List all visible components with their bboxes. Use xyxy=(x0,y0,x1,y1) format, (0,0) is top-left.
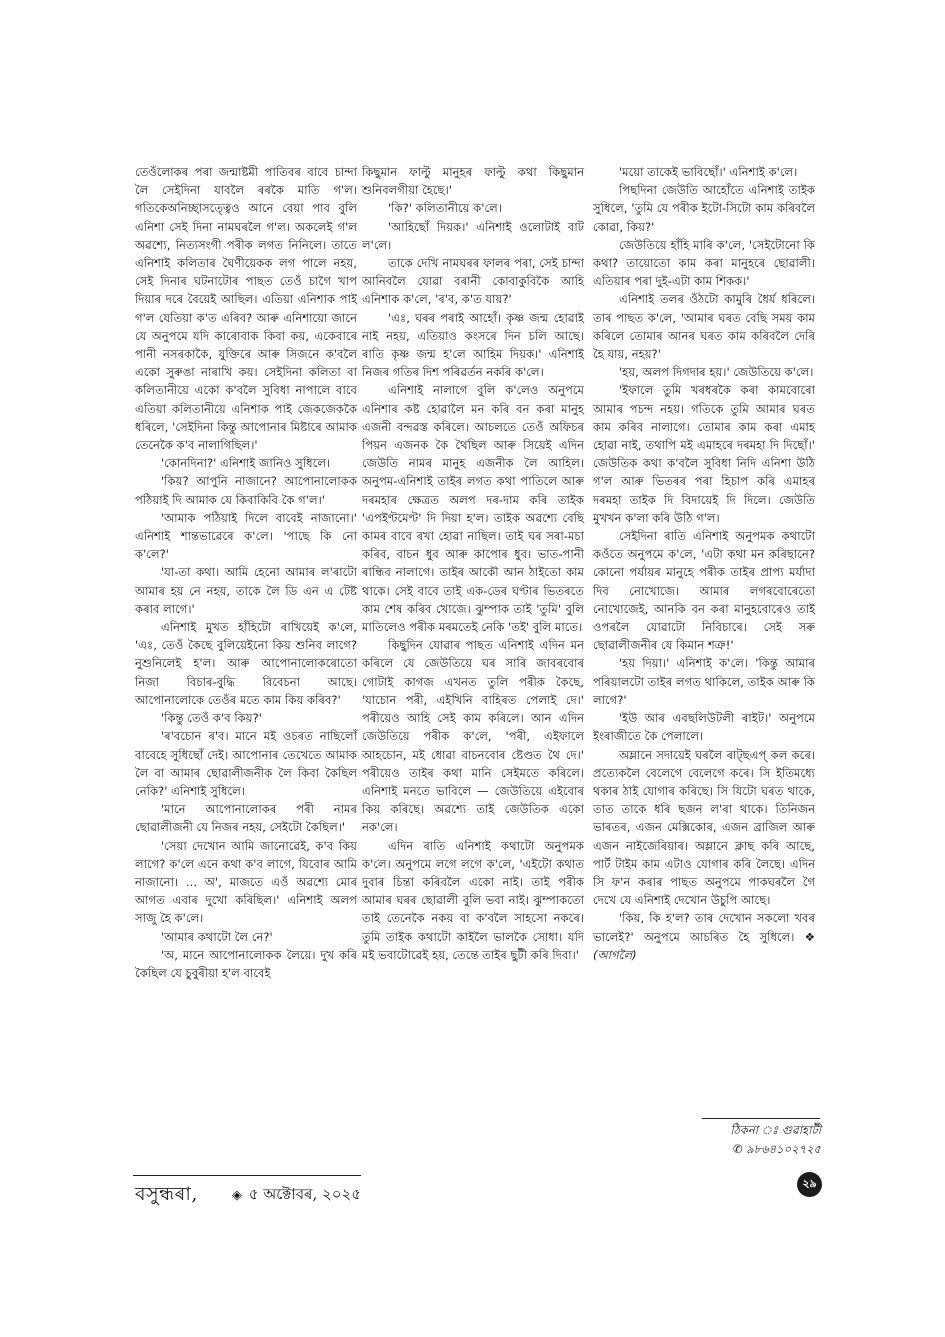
end-ornament-icon: ❖ xyxy=(805,930,815,944)
paragraph: এনিশাই নালাগে বুলি ক'লেও অনুপমে এনিশাৰ ক… xyxy=(362,381,584,636)
paragraph-text: 'কিয়, কি হ'ল? তাৰ দেখোন সকলো খবৰ ভালেই?… xyxy=(593,911,815,943)
paragraph: 'সেয়া দেখোন আমি জানোৱেই, ক'ব কিয় লাগে?… xyxy=(135,837,357,928)
magazine-brand: বসুন্ধৰা, xyxy=(135,1180,198,1212)
byline-divider xyxy=(702,1118,820,1119)
paragraph: 'হয় দিয়া।' এনিশাই ক'লে। 'কিন্তু আমাৰ প… xyxy=(593,654,815,709)
paragraph: 'কোনদিনা?' এনিশাই জানিও সুধিলে। xyxy=(135,454,357,472)
paragraph: জেউতিয়ে হাঁহি মাৰি ক'লে, 'সেইটোনো কি কথ… xyxy=(593,236,815,291)
paragraph: 'ময়ো তাকেই ভাবিছোঁ।' এনিশাই ক'লে। xyxy=(593,163,815,181)
author-address: ঠিকনা ঃ গুৱাহাটী xyxy=(730,1122,821,1139)
continued-label: (আগলৈ) xyxy=(593,948,637,962)
paragraph: কিছুদিন যোৱাৰ পাছত এনিশাই এদিন মন কৰিলে … xyxy=(362,636,584,836)
paragraph: 'ইফালে তুমি খৰধৰকৈ কৰা কামবোৰো আমাৰ পচন্… xyxy=(593,381,815,527)
footer-divider xyxy=(133,1175,361,1176)
diamond-icon: ◈ xyxy=(232,1188,242,1203)
phone-icon: ✆ xyxy=(733,1142,743,1156)
paragraph: কিছুমান ফাল্টু মানুহৰ ফাল্টু কথা কিছুমান… xyxy=(362,163,584,199)
paragraph: এদিন ৰাতি এনিশাই কথাটো অনুপমক ক'লে। অনুপ… xyxy=(362,837,584,964)
article-column-3: 'ময়ো তাকেই ভাবিছোঁ।' এনিশাই ক'লে। পিছদি… xyxy=(593,163,815,964)
paragraph: 'যা-তা কথা। আমি হেনো আমাৰ ল'ৰাটো আমাৰ হয… xyxy=(135,563,357,618)
last-paragraph: 'কিয়, কি হ'ল? তাৰ দেখোন সকলো খবৰ ভালেই?… xyxy=(593,909,815,964)
paragraph: 'কি?' কলিতানীয়ে ক'লে। xyxy=(362,199,584,217)
paragraph: 'আমাৰ কথাটো লৈ নে?' xyxy=(135,928,357,946)
paragraph: 'মানে আপোনালোকৰ পৰী নামৰ ছোৱালীজনী যে নি… xyxy=(135,800,357,836)
page-number-badge: ২৯ xyxy=(797,1172,822,1197)
author-phone: ✆ ৯৮৬৪১০২৭২৫ xyxy=(733,1141,821,1158)
magazine-page: তেওঁলোকৰ পৰা জন্মাষ্টমী পাতিবৰ বাবে চান্… xyxy=(0,0,945,1337)
paragraph: 'কিয়? আপুনি নাজানে? আপোনালোকক পঠিয়াই দ… xyxy=(135,472,357,508)
paragraph: 'ইউ আৰ এবছলিউটলী ৰাইট।' অনুপমে ইংৰাজীতে … xyxy=(593,709,815,745)
paragraph: পিছদিনা জেউতি আহোঁতে এনিশাই তাইক সুধিলে,… xyxy=(593,181,815,236)
issue-date: ◈ ৫ অক্টোবৰ, ২০২৫ xyxy=(232,1183,361,1208)
paragraph: সেইদিনা ৰাতি এনিশাই অনুপমক কথাটো কওঁতে অ… xyxy=(593,527,815,654)
paragraph: 'আহিছোঁ দিয়ক।' এনিশাই ওলোটাই বাট ল'লে। xyxy=(362,218,584,254)
paragraph: 'এঃ, ঘৰৰ পৰাই আহোঁ। কৃষ্ণ জন্ম হোৱাই নাই… xyxy=(362,309,584,382)
paragraph: 'অ, মানে আপোনালোকক লৈয়ে। দুখ কৰি কৈছিল … xyxy=(135,946,357,982)
paragraph: তাকে দেখি নামঘৰৰ ফালৰ পৰা, সেই চান্দা আন… xyxy=(362,254,584,309)
paragraph: 'ৰ'বচোন ৰ'ব। মানে মই ওচৰত নাছিলোঁ বাবেহে… xyxy=(135,727,357,800)
issue-date-text: ৫ অক্টোবৰ, ২০২৫ xyxy=(249,1185,361,1203)
paragraph: এনিশাই তলৰ ওঁঠটো কামুৰি ধৈৰ্য ধৰিলে। তাৰ… xyxy=(593,290,815,363)
paragraph: এনিশাই মুখত হাঁহিটো ৰাখিয়েই ক'লে, 'এঃ, … xyxy=(135,618,357,709)
paragraph: 'কিন্তু তেওঁ ক'ব কিয়?' xyxy=(135,709,357,727)
paragraph: অম্লানে সদায়েই ঘৰলৈ ৰাট্ছএপ্ কল কৰে। প্… xyxy=(593,746,815,910)
paragraph: তেওঁলোকৰ পৰা জন্মাষ্টমী পাতিবৰ বাবে চান্… xyxy=(135,163,357,454)
article-column-2: কিছুমান ফাল্টু মানুহৰ ফাল্টু কথা কিছুমান… xyxy=(362,163,584,964)
phone-number: ৯৮৬৪১০২৭২৫ xyxy=(746,1142,821,1156)
paragraph: 'আমাক পঠিয়াই দিলে বাবেই নাজানো।' এনিশাই… xyxy=(135,509,357,564)
article-column-1: তেওঁলোকৰ পৰা জন্মাষ্টমী পাতিবৰ বাবে চান্… xyxy=(135,163,357,982)
paragraph: 'হয়, অলপ দিগদাৰ হয়।' জেউতিয়ে ক'লে। xyxy=(593,363,815,381)
